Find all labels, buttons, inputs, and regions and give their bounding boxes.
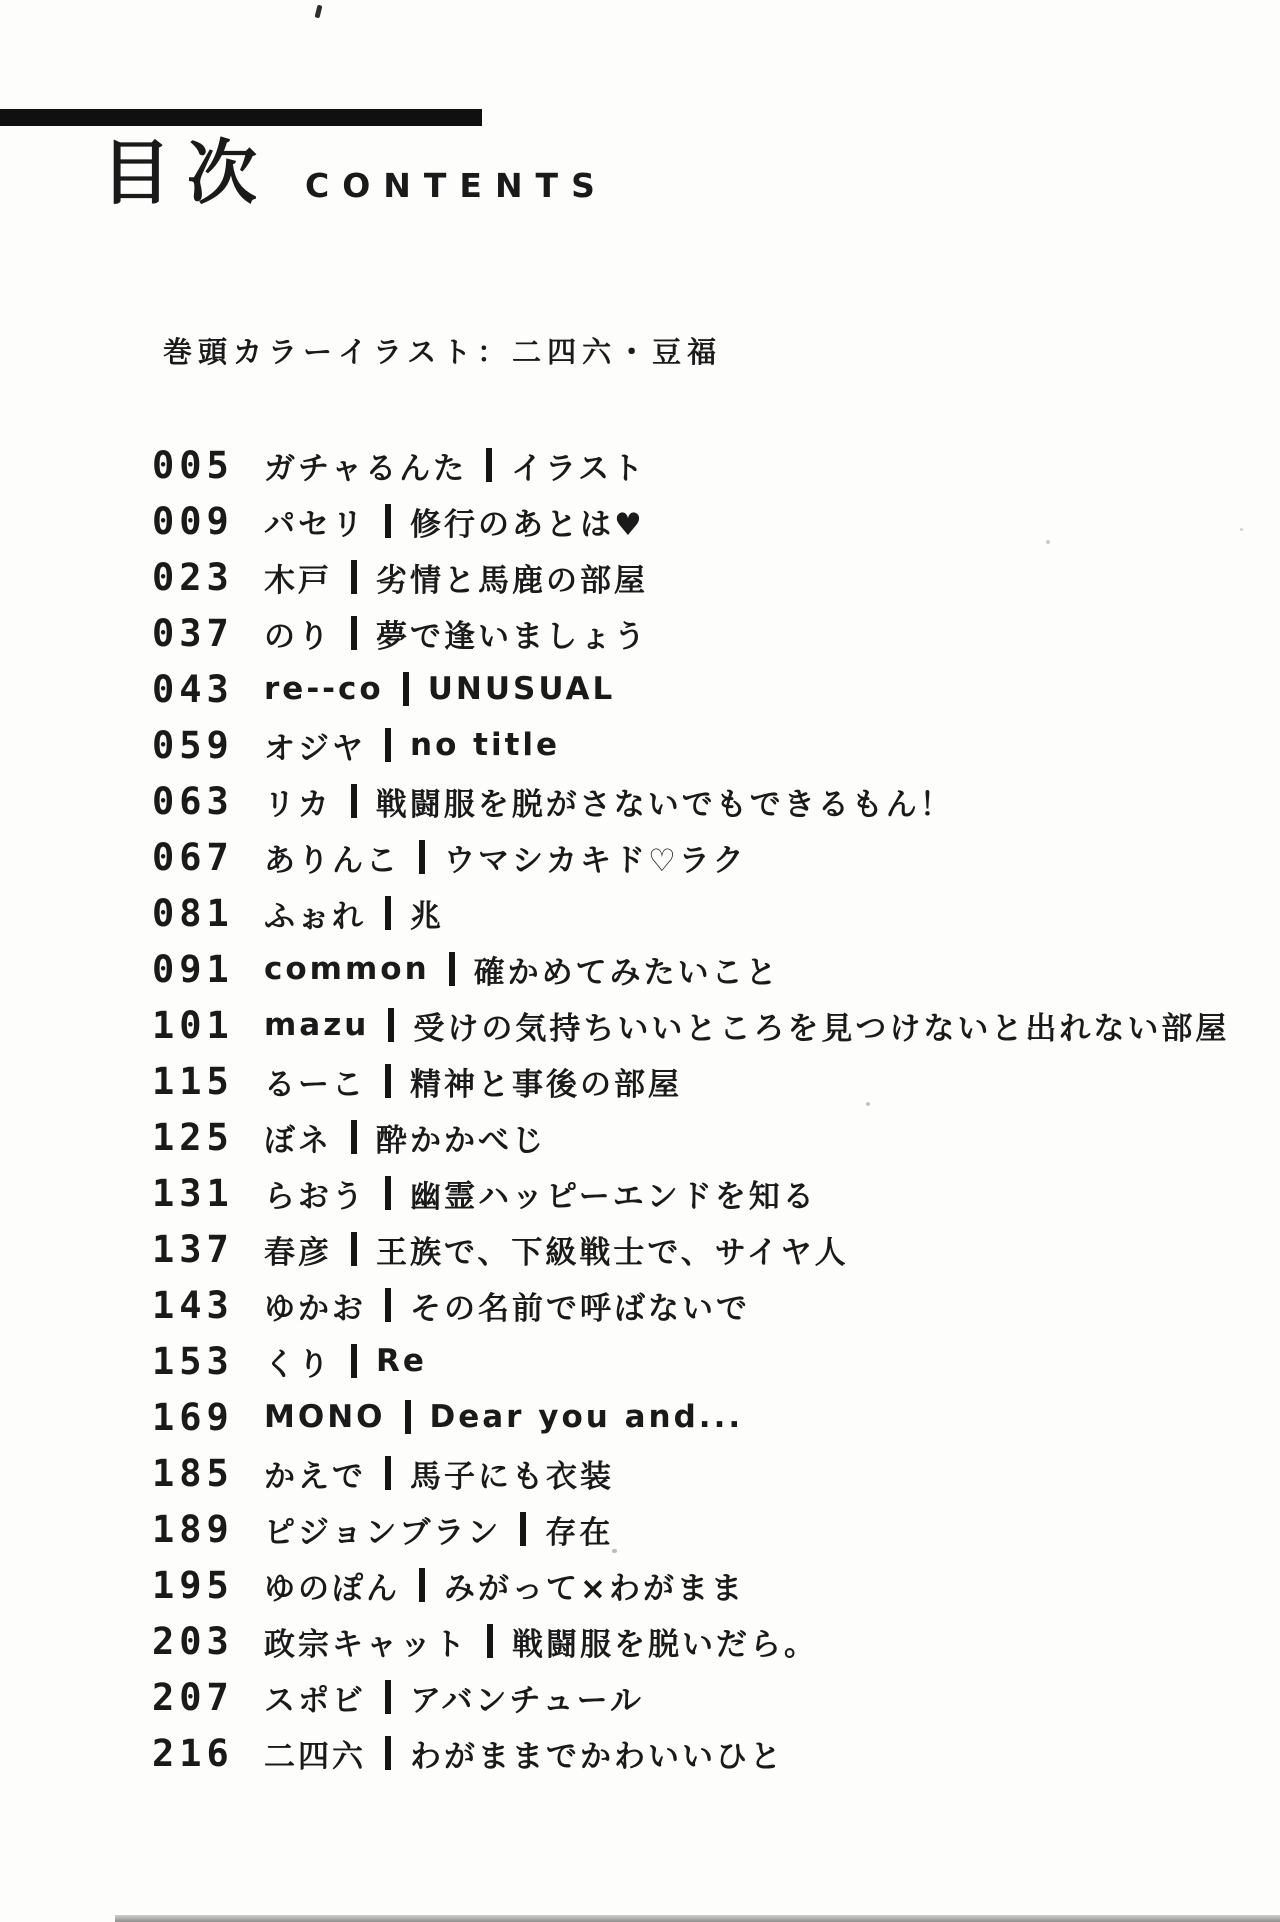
scan-speck — [1046, 540, 1050, 544]
entry-author: くり — [264, 1339, 332, 1384]
entry-author: リカ — [264, 779, 332, 824]
entry-author: 二四六 — [264, 1731, 366, 1776]
entry-page-number: 189 — [152, 1508, 264, 1551]
top-rule-bar — [0, 109, 482, 126]
entry-title: イラスト — [511, 443, 646, 488]
toc-entry: 125ぼネ酔かかべじ — [152, 1109, 1270, 1165]
entry-author: 政宗キャット — [264, 1619, 468, 1664]
toc-page: 目次 CONTENTS 巻頭カラーイラスト：二四六・豆福 005ガチャるんたイラ… — [0, 0, 1280, 1922]
entry-author: ガチャるんた — [264, 443, 467, 488]
toc-entry: 216二四六わがままでかわいいひと — [152, 1725, 1270, 1781]
entry-separator-bar — [385, 1456, 391, 1490]
entry-page-number: 037 — [152, 612, 264, 655]
scan-speck — [612, 1549, 617, 1553]
page-title-en: CONTENTS — [305, 169, 608, 202]
entry-page-number: 067 — [152, 836, 264, 879]
entry-author: ありんこ — [264, 835, 400, 880]
toc-entry: 115るーこ精神と事後の部屋 — [152, 1053, 1270, 1109]
entry-author: re--co — [264, 671, 384, 707]
entry-separator-bar — [385, 1176, 391, 1210]
entry-page-number: 063 — [152, 780, 264, 823]
toc-entry: 043re--coUNUSUAL — [152, 661, 1270, 717]
entry-title: 修行のあとは♥ — [410, 499, 645, 544]
entry-page-number: 169 — [152, 1396, 264, 1439]
entry-author: ふぉれ — [264, 891, 366, 936]
entry-page-number: 195 — [152, 1564, 264, 1607]
toc-entry: 203政宗キャット戦闘服を脱いだら。 — [152, 1613, 1270, 1669]
toc-entry: 131らおう幽霊ハッピーエンドを知る — [152, 1165, 1270, 1221]
entry-author: スポビ — [264, 1675, 366, 1720]
entry-title: みがって×わがまま — [444, 1563, 745, 1608]
entry-page-number: 207 — [152, 1676, 264, 1719]
entry-author: ゆのぽん — [264, 1563, 400, 1608]
entry-page-number: 153 — [152, 1340, 264, 1383]
entry-title: 戦闘服を脱がさないでもできるもん！ — [376, 779, 954, 824]
entry-separator-bar — [351, 1344, 357, 1378]
entry-separator-bar — [351, 560, 357, 594]
header-note: 巻頭カラーイラスト：二四六・豆福 — [163, 330, 722, 371]
entry-separator-bar — [351, 616, 357, 650]
entry-title: 幽霊ハッピーエンドを知る — [410, 1171, 817, 1216]
entry-title: アバンチュール — [410, 1675, 644, 1720]
entry-page-number: 203 — [152, 1620, 264, 1663]
toc-entry: 153くりRe — [152, 1333, 1270, 1389]
page-title-ja: 目次 — [101, 138, 273, 208]
toc-entry: 063リカ戦闘服を脱がさないでもできるもん！ — [152, 773, 1270, 829]
entry-separator-bar — [351, 1120, 357, 1154]
entry-separator-bar — [385, 896, 391, 930]
entry-page-number: 131 — [152, 1172, 264, 1215]
toc-entry: 091common確かめてみたいこと — [152, 941, 1270, 997]
entry-author: mazu — [264, 1007, 369, 1043]
entry-separator-bar — [419, 1568, 425, 1602]
toc-entry: 189ピジョンブラン存在 — [152, 1501, 1270, 1557]
toc-entry: 081ふぉれ兆 — [152, 885, 1270, 941]
entry-title: 馬子にも衣装 — [410, 1451, 614, 1496]
entry-author: ゆかお — [264, 1283, 366, 1328]
entry-title: 戦闘服を脱いだら。 — [512, 1619, 818, 1664]
entry-author: ぼネ — [264, 1115, 332, 1160]
entry-separator-bar — [351, 784, 357, 818]
entry-separator-bar — [449, 952, 455, 986]
entry-separator-bar — [385, 1288, 391, 1322]
entry-separator-bar — [405, 1400, 411, 1434]
entry-separator-bar — [385, 504, 391, 538]
toc-entry: 101mazu受けの気持ちいいところを見つけないと出れない部屋 — [152, 997, 1270, 1053]
entry-page-number: 059 — [152, 724, 264, 767]
entry-author: パセリ — [264, 499, 366, 544]
entry-title: no title — [410, 727, 560, 763]
entry-author: common — [264, 951, 430, 987]
entry-page-number: 143 — [152, 1284, 264, 1327]
entry-author: ピジョンブラン — [264, 1507, 501, 1552]
entry-title: 精神と事後の部屋 — [410, 1059, 682, 1104]
toc-entry: 195ゆのぽんみがって×わがまま — [152, 1557, 1270, 1613]
toc-entry: 137春彦王族で、下級戦士で、サイヤ人 — [152, 1221, 1270, 1277]
entry-separator-bar — [486, 448, 492, 482]
entry-author: 春彦 — [264, 1227, 332, 1272]
entry-page-number: 009 — [152, 500, 264, 543]
scan-speck — [315, 5, 323, 19]
entry-title: Dear you and... — [430, 1399, 744, 1435]
entry-title: 存在 — [545, 1507, 613, 1552]
entry-author: オジヤ — [264, 723, 366, 768]
entry-separator-bar — [419, 840, 425, 874]
entry-page-number: 091 — [152, 948, 264, 991]
bottom-page-edge — [115, 1915, 1280, 1922]
entry-separator-bar — [388, 1008, 394, 1042]
toc-entry: 185かえで馬子にも衣装 — [152, 1445, 1270, 1501]
toc-entry: 059オジヤno title — [152, 717, 1270, 773]
entry-separator-bar — [520, 1512, 526, 1546]
entry-separator-bar — [351, 1232, 357, 1266]
entry-separator-bar — [385, 1736, 391, 1770]
entry-separator-bar — [385, 1680, 391, 1714]
entry-title: ウマシカキド♡ラク — [444, 835, 747, 880]
scan-speck — [866, 1102, 870, 1106]
entry-separator-bar — [487, 1624, 493, 1658]
entry-title: 兆 — [410, 891, 444, 936]
entry-separator-bar — [385, 1064, 391, 1098]
entry-author: 木戸 — [264, 555, 332, 600]
scan-speck — [1240, 528, 1243, 531]
entry-title: その名前で呼ばないで — [410, 1283, 750, 1328]
entry-page-number: 185 — [152, 1452, 264, 1495]
entry-title: 受けの気持ちいいところを見つけないと出れない部屋 — [413, 1003, 1229, 1048]
entry-page-number: 101 — [152, 1004, 264, 1047]
entry-author: るーこ — [264, 1059, 366, 1104]
entry-title: Re — [376, 1343, 427, 1379]
entry-page-number: 125 — [152, 1116, 264, 1159]
entry-title: わがままでかわいいひと — [410, 1731, 784, 1776]
entry-title: 王族で、下級戦士で、サイヤ人 — [376, 1227, 849, 1272]
entry-author: のり — [264, 611, 332, 656]
entry-page-number: 005 — [152, 444, 264, 487]
entry-page-number: 043 — [152, 668, 264, 711]
entry-page-number: 023 — [152, 556, 264, 599]
entry-page-number: 115 — [152, 1060, 264, 1103]
toc-entry: 143ゆかおその名前で呼ばないで — [152, 1277, 1270, 1333]
entry-page-number: 216 — [152, 1732, 264, 1775]
entry-title: UNUSUAL — [428, 671, 616, 707]
entry-title: 劣情と馬鹿の部屋 — [376, 555, 648, 600]
toc-entry: 037のり夢で逢いましょう — [152, 605, 1270, 661]
entry-title: 確かめてみたいこと — [474, 947, 780, 992]
toc-entry: 023木戸劣情と馬鹿の部屋 — [152, 549, 1270, 605]
entry-page-number: 081 — [152, 892, 264, 935]
entry-author: MONO — [264, 1399, 386, 1435]
toc-entry: 067ありんこウマシカキド♡ラク — [152, 829, 1270, 885]
entry-title: 酔かかべじ — [376, 1115, 546, 1160]
page-heading: 目次 CONTENTS — [101, 138, 608, 208]
entry-author: かえで — [264, 1451, 366, 1496]
toc-list: 005ガチャるんたイラスト009パセリ修行のあとは♥023木戸劣情と馬鹿の部屋0… — [152, 437, 1270, 1781]
entry-page-number: 137 — [152, 1228, 264, 1271]
toc-entry: 207スポビアバンチュール — [152, 1669, 1270, 1725]
toc-entry: 009パセリ修行のあとは♥ — [152, 493, 1270, 549]
entry-separator-bar — [403, 672, 409, 706]
entry-title: 夢で逢いましょう — [376, 611, 648, 656]
entry-author: らおう — [264, 1171, 366, 1216]
entry-separator-bar — [385, 728, 391, 762]
toc-entry: 005ガチャるんたイラスト — [152, 437, 1270, 493]
toc-entry: 169MONODear you and... — [152, 1389, 1270, 1445]
